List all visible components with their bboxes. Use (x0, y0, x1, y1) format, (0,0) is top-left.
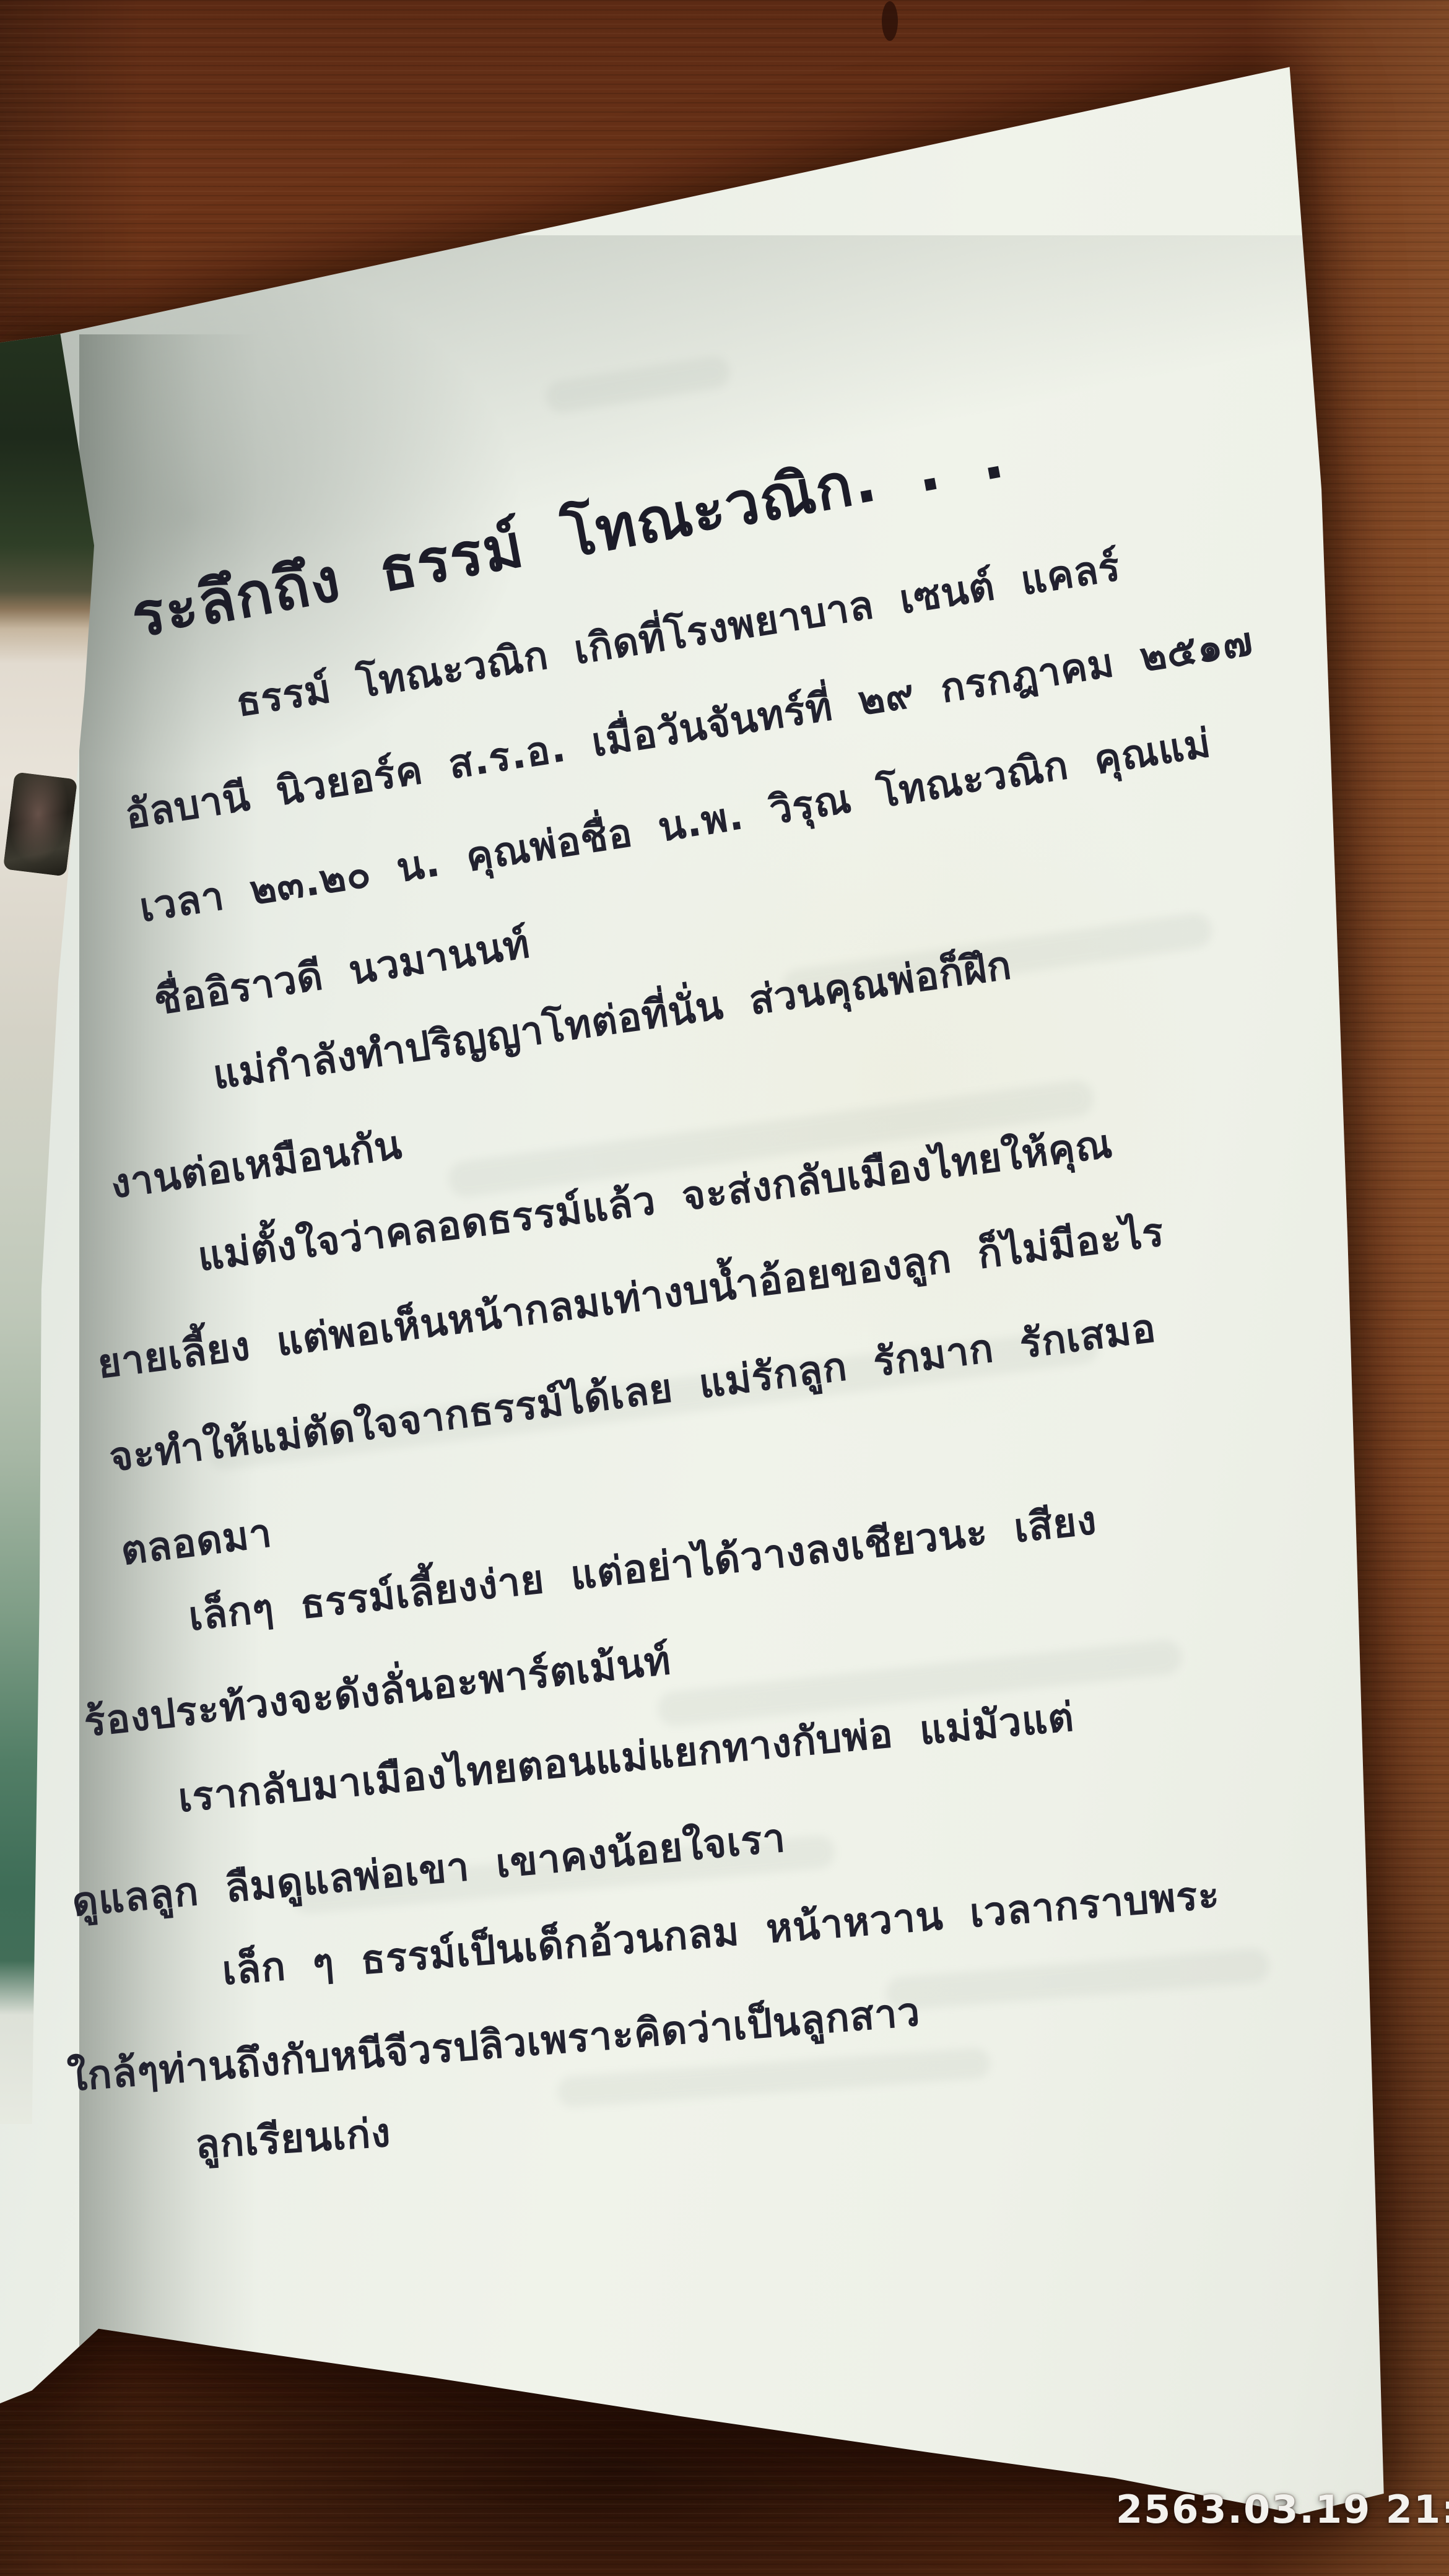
shirt-emblem (3, 772, 77, 876)
text-line: ลูกเรียนเก่ง (59, 2086, 394, 2201)
open-book: ระลึกถึง ธรรม์ โทณะวณิก. . . ธรรม์ โทณะว… (0, 0, 1449, 2576)
paragraph-good-student: ลูกเรียนเก่ง (59, 2086, 394, 2201)
right-page: ระลึกถึง ธรรม์ โทณะวณิก. . . ธรรม์ โทณะว… (0, 0, 1449, 2576)
camera-timestamp: 2563.03.19 21:47 (1116, 2487, 1449, 2532)
photo-of-open-book: ระลึกถึง ธรรม์ โทณะวณิก. . . ธรรม์ โทณะว… (0, 0, 1449, 2576)
